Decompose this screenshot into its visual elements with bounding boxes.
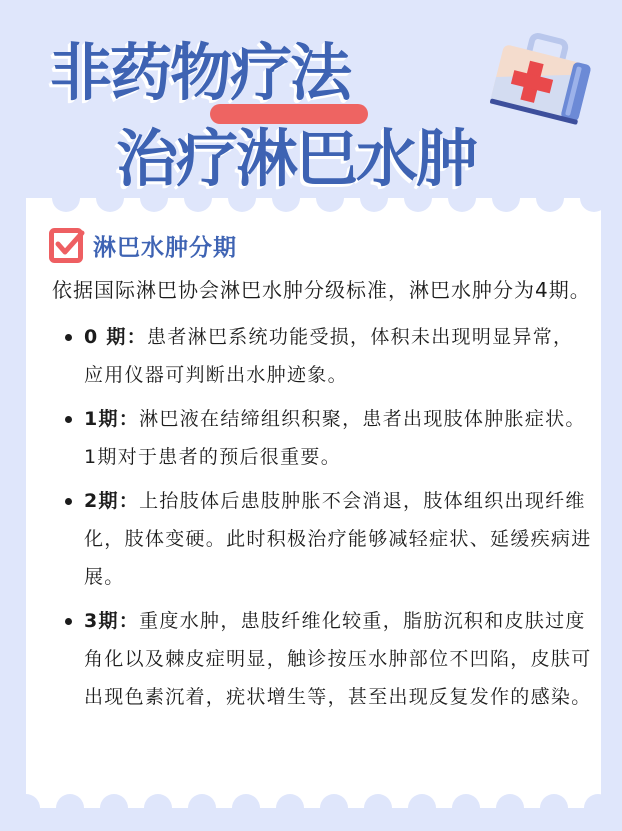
stage-label: 2期： — [84, 490, 139, 512]
stage-item-1: 1期：淋巴液在结缔组织积聚，患者出现肢体肿胀症状。1期对于患者的预后很重要。 — [52, 400, 592, 476]
bullet-icon — [65, 334, 72, 341]
page-title-line1: 非药物疗法 — [50, 38, 350, 108]
content-body: 依据国际淋巴协会淋巴水肿分级标准，淋巴水肿分为4期。 0 期：患者淋巴系统功能受… — [52, 272, 592, 722]
section-header: 淋巴水肿分期 — [49, 226, 237, 264]
stage-text: 患者淋巴系统功能受损，体积未出现明显异常，应用仪器可判断出水肿迹象。 — [84, 326, 573, 386]
bullet-icon — [65, 416, 72, 423]
bullet-icon — [65, 618, 72, 625]
section-title: 淋巴水肿分期 — [93, 229, 237, 262]
stage-label: 0 期： — [84, 326, 147, 348]
page-title-line2: 治疗淋巴水肿 — [116, 124, 476, 194]
stage-text: 上抬肢体后患肢肿胀不会消退，肢体组织出现纤维化，肢体变硬。此时积极治疗能够减轻症… — [84, 490, 592, 588]
medical-kit-icon — [486, 28, 596, 128]
stage-item-0: 0 期：患者淋巴系统功能受损，体积未出现明显异常，应用仪器可判断出水肿迹象。 — [52, 318, 592, 394]
card-top-scallop-edge — [26, 196, 601, 216]
stage-list: 0 期：患者淋巴系统功能受损，体积未出现明显异常，应用仪器可判断出水肿迹象。 1… — [52, 318, 592, 716]
stage-text: 重度水肿，患肢纤维化较重，脂肪沉积和皮肤过度角化以及棘皮症明显，触诊按压水肿部位… — [84, 610, 592, 708]
stage-text: 淋巴液在结缔组织积聚，患者出现肢体肿胀症状。1期对于患者的预后很重要。 — [84, 408, 586, 468]
stage-item-2: 2期：上抬肢体后患肢肿胀不会消退，肢体组织出现纤维化，肢体变硬。此时积极治疗能够… — [52, 482, 592, 596]
stage-item-3: 3期：重度水肿，患肢纤维化较重，脂肪沉积和皮肤过度角化以及棘皮症明显，触诊按压水… — [52, 602, 592, 716]
card-bottom-scallop-edge — [26, 792, 601, 812]
stage-label: 1期： — [84, 408, 139, 430]
checkbox-icon — [49, 226, 85, 264]
stage-label: 3期： — [84, 610, 139, 632]
intro-paragraph: 依据国际淋巴协会淋巴水肿分级标准，淋巴水肿分为4期。 — [52, 272, 592, 308]
header: 非药物疗法 治疗淋巴水肿 — [0, 0, 622, 200]
bullet-icon — [65, 498, 72, 505]
